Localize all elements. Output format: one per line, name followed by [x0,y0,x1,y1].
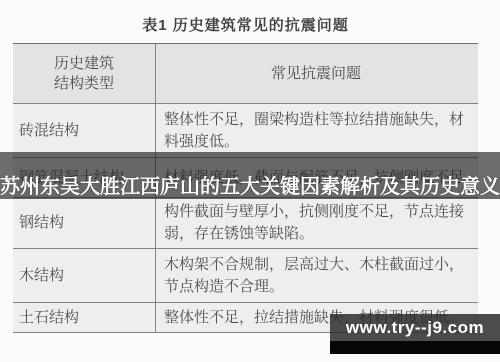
watermark-url: www.try--j9.com [346,318,484,338]
header-common-problems: 常见抗震问题 [155,44,478,103]
overlay-headline: 苏州东吴大胜江西庐山的五大关键因素解析及其历史意义 [0,175,500,199]
cell-structure-type: 土石结构 [13,303,155,332]
watermark-badge: www.try--j9.com [330,314,500,341]
cell-problems: 构件截面与壁厚小，抗侧刚度不足，节点连接 弱，存在锈蚀等缺陷。 [155,198,478,248]
cell-structure-type: 木结构 [13,249,155,302]
screenshot-root: 表1 历史建筑常见的抗震问题 历史建筑 结构类型 常见抗震问题 砖混结构 整体性… [0,0,500,362]
header-structure-type: 历史建筑 结构类型 [13,44,155,103]
cell-problems: 木构架不合规制，层高过大、木柱截面过小， 节点构造不合理。 [155,249,478,302]
table-row: 钢结构 构件截面与壁厚小，抗侧刚度不足，节点连接 弱，存在锈蚀等缺陷。 [13,197,478,248]
cell-structure-type: 砖混结构 [13,104,155,157]
table-header-row: 历史建筑 结构类型 常见抗震问题 [13,43,478,103]
table-row: 砖混结构 整体性不足，圈梁构造柱等拉结措施缺失，材 料强度低。 [13,103,478,157]
watermark-bar [330,341,500,354]
overlay-banner: 苏州东吴大胜江西庐山的五大关键因素解析及其历史意义 [0,152,500,199]
cell-structure-type: 钢结构 [13,198,155,248]
cell-problems: 整体性不足，圈梁构造柱等拉结措施缺失，材 料强度低。 [155,104,478,157]
table-title: 表1 历史建筑常见的抗震问题 [13,14,478,35]
table-row: 木结构 木构架不合规制，层高过大、木柱截面过小， 节点构造不合理。 [13,248,478,302]
